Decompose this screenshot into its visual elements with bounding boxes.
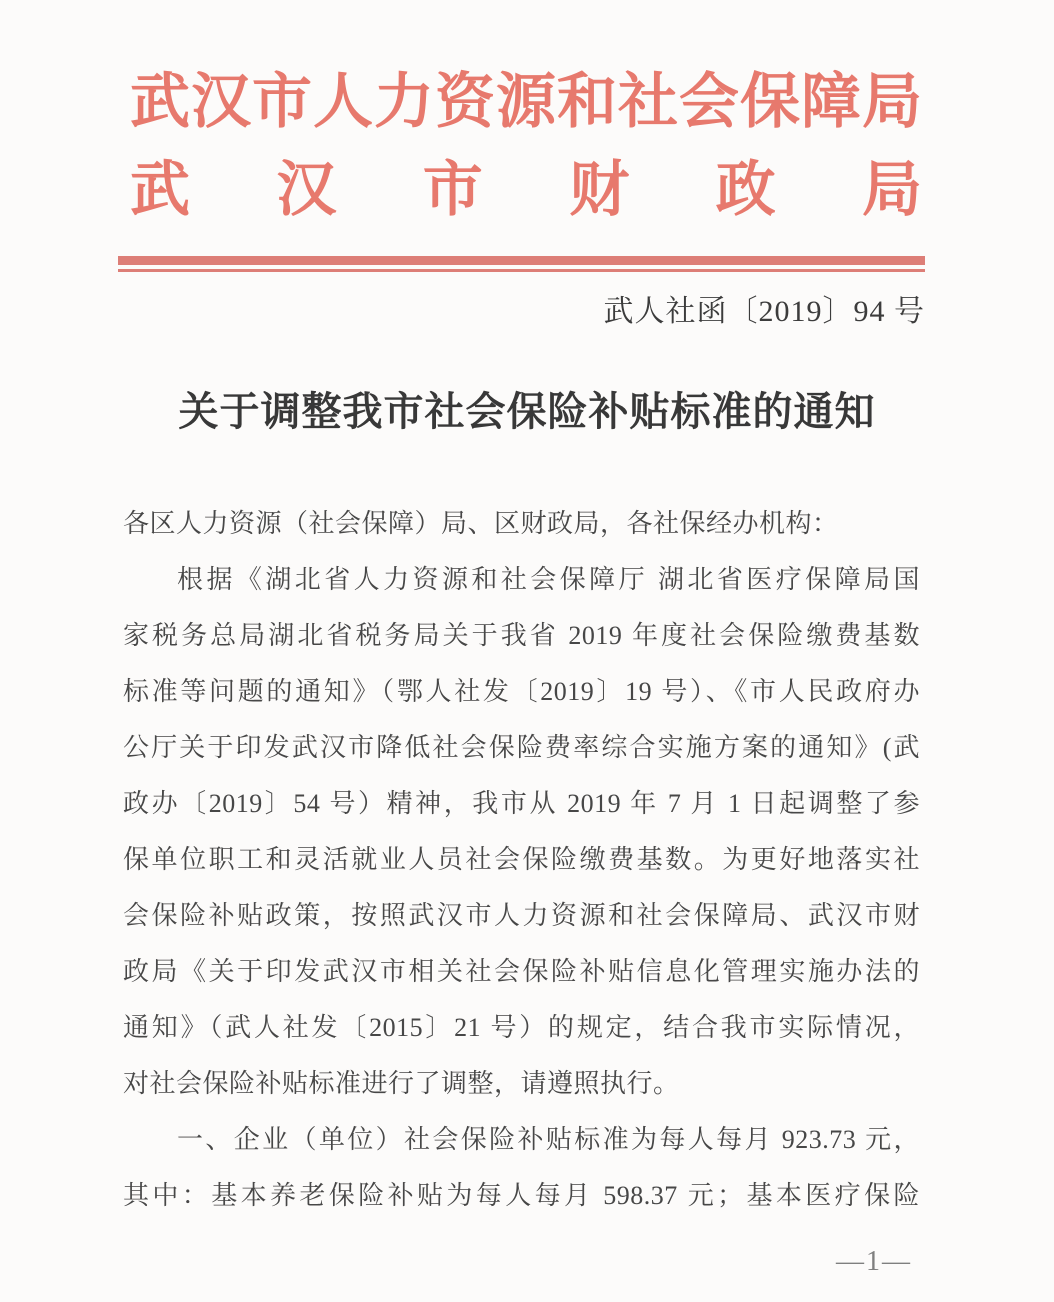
body-line: 各区人力资源（社会保障）局、区财政局，各社保经办机构： [123,496,920,552]
body-line: 对社会保险补贴标准进行了调整，请遵照执行。 [123,1056,920,1112]
body-line: 一、企业（单位）社会保险补贴标准为每人每月 923.73 元， [123,1112,920,1168]
official-document-page: 武汉市人力资源和社会保障局 武汉市财政局 武人社函〔2019〕94 号 关于调整… [0,0,1054,1302]
document-body: 各区人力资源（社会保障）局、区财政局，各社保经办机构： 根据《湖北省人力资源和社… [123,496,920,1224]
body-line: 政办〔2019〕54 号）精神，我市从 2019 年 7 月 1 日起调整了参 [123,776,920,832]
body-line: 保单位职工和灵活就业人员社会保险缴费基数。为更好地落实社 [123,832,920,888]
body-line: 政局《关于印发武汉市相关社会保险补贴信息化管理实施办法的 [123,944,920,1000]
header-separator-rule [118,256,925,272]
red-header: 武汉市人力资源和社会保障局 武汉市财政局 [130,72,922,220]
body-line: 标准等问题的通知》（鄂人社发〔2019〕19 号）、《市人民政府办 [123,664,920,720]
document-number: 武人社函〔2019〕94 号 [118,286,925,330]
body-line: 会保险补贴政策，按照武汉市人力资源和社会保障局、武汉市财 [123,888,920,944]
page-number: —1— [836,1246,912,1278]
body-line: 家税务总局湖北省税务局关于我省 2019 年度社会保险缴费基数 [123,608,920,664]
body-line: 公厅关于印发武汉市降低社会保险费率综合实施方案的通知》(武 [123,720,920,776]
issuing-org-line-1: 武汉市人力资源和社会保障局 [130,72,922,132]
issuing-org-line-2: 武汉市财政局 [130,160,922,220]
body-line: 根据《湖北省人力资源和社会保障厅 湖北省医疗保障局国 [123,552,920,608]
body-line: 其中：基本养老保险补贴为每人每月 598.37 元；基本医疗保险 [123,1168,920,1224]
body-line: 通知》（武人社发〔2015〕21 号）的规定，结合我市实际情况， [123,1000,920,1056]
document-title: 关于调整我市社会保险补贴标准的通知 [0,380,1054,437]
